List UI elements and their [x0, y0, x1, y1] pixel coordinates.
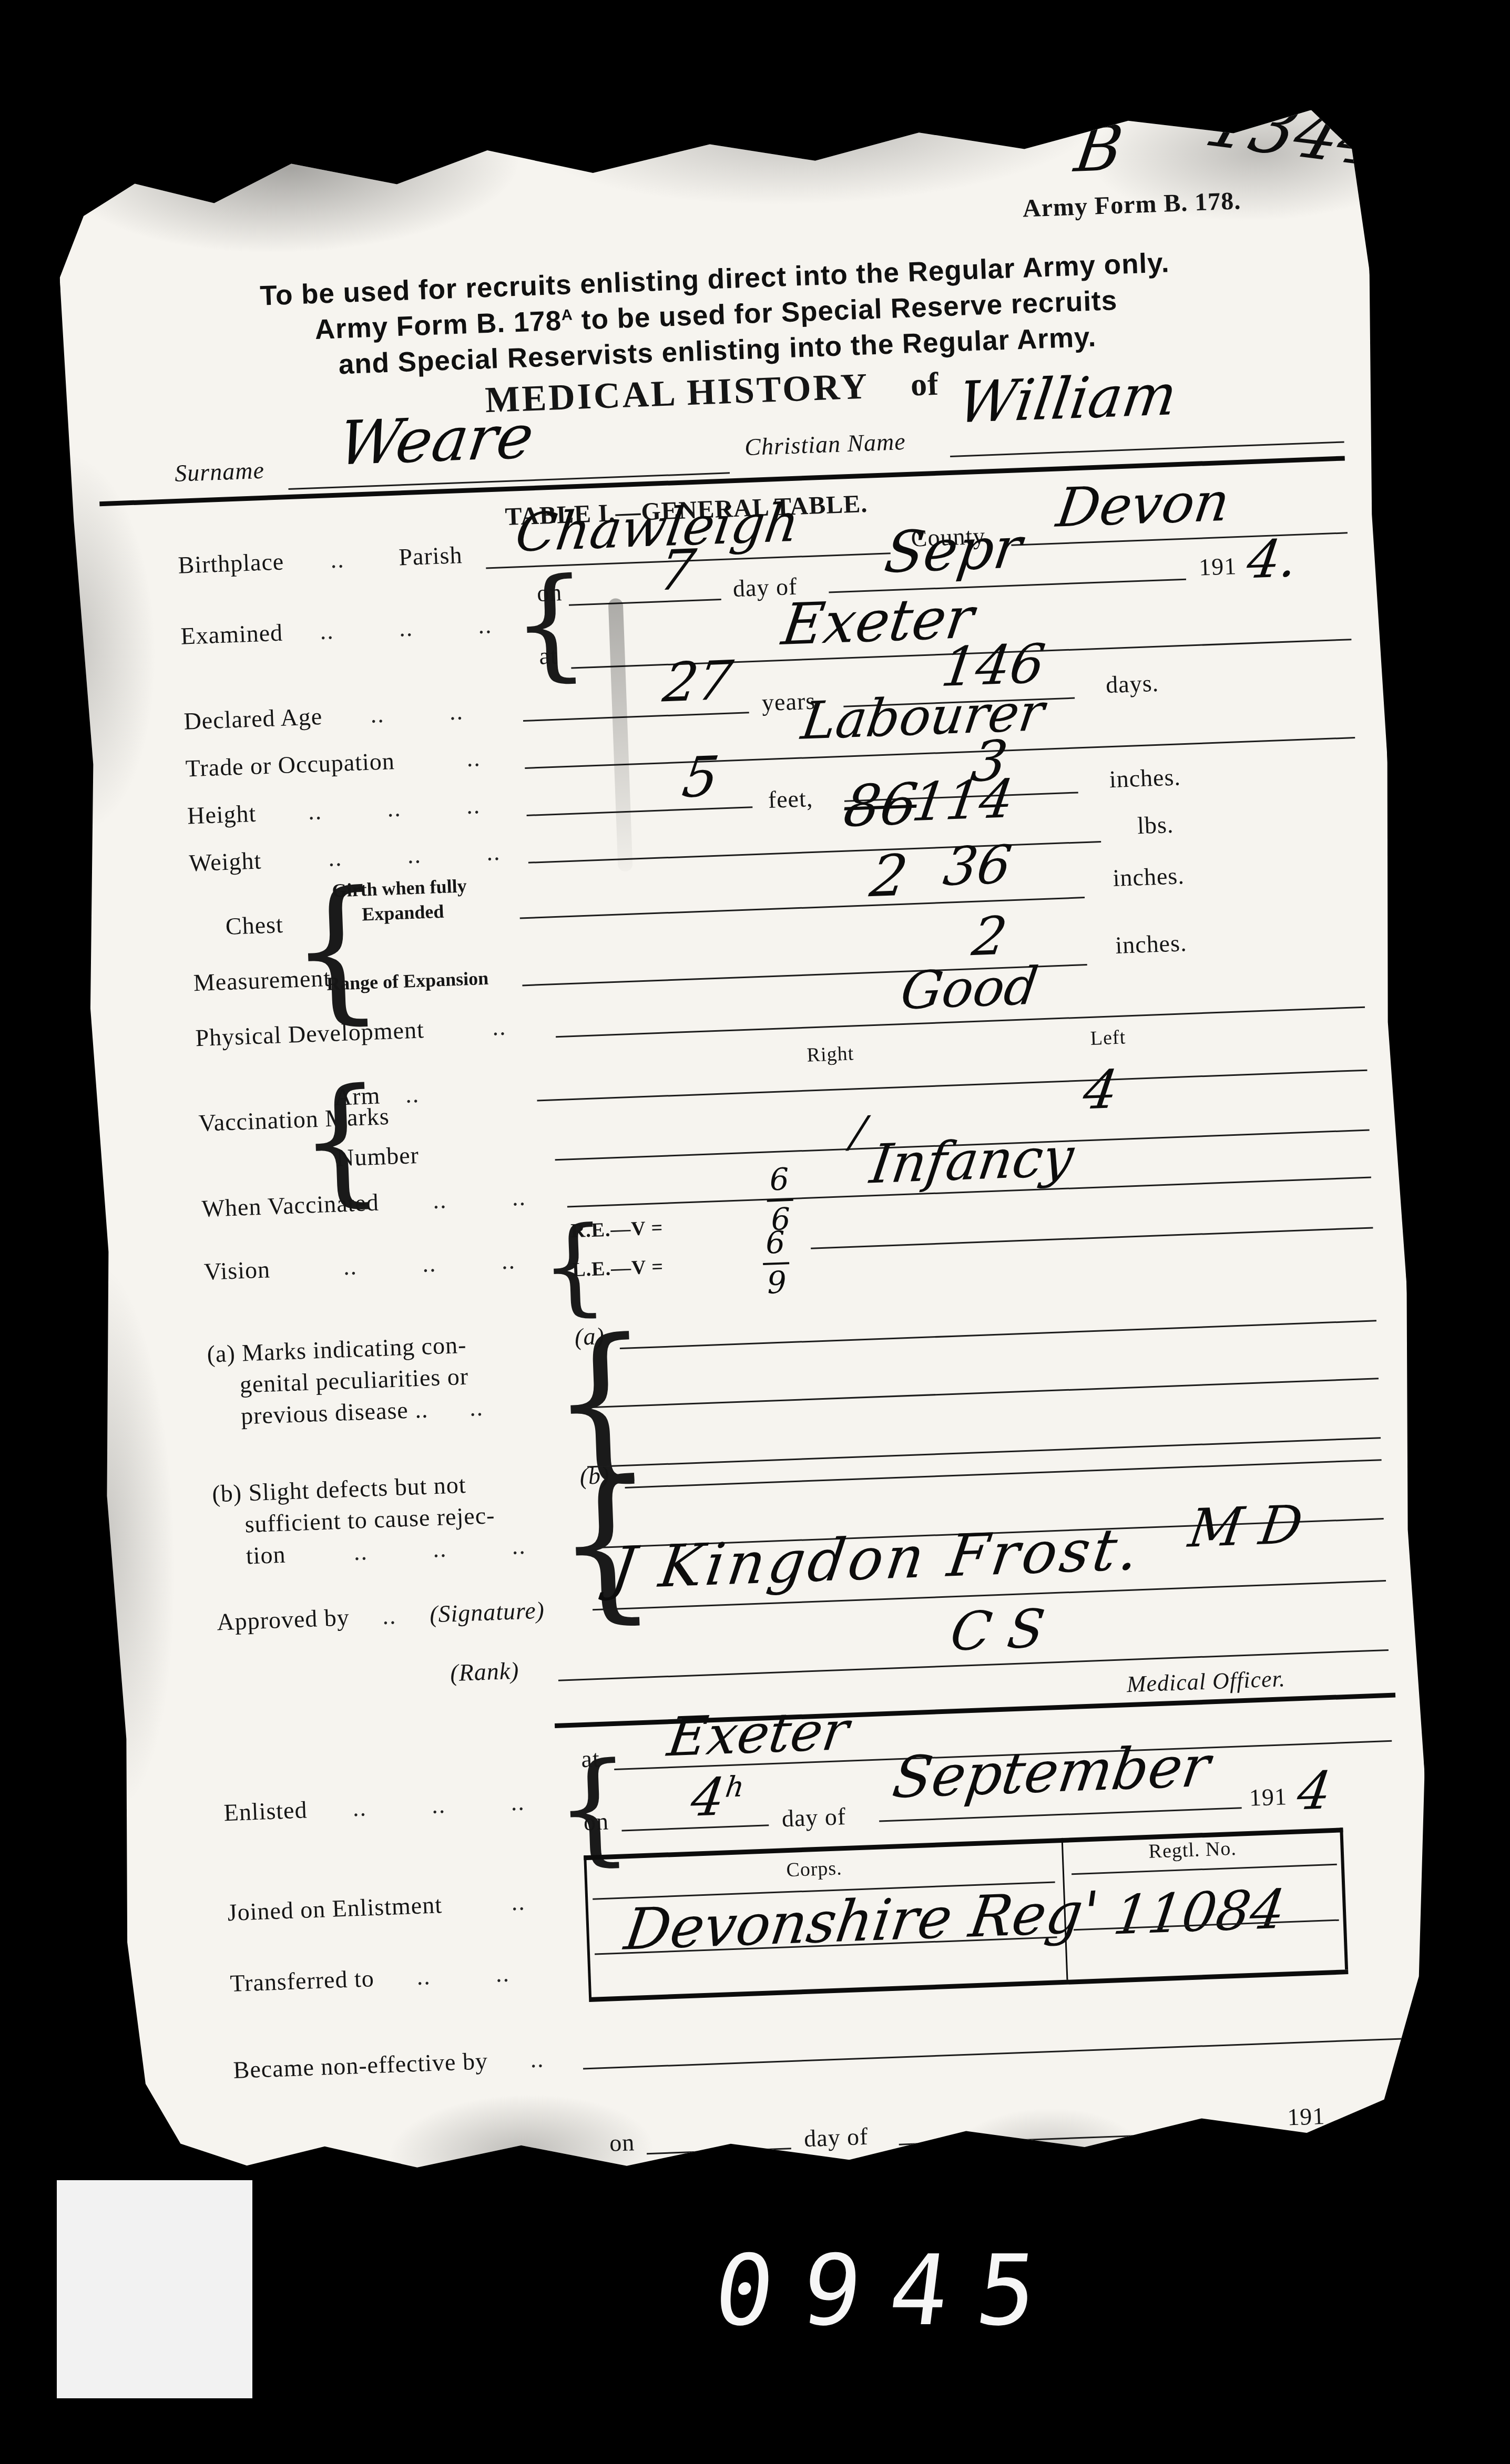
closing-day-of: day of: [803, 2122, 869, 2152]
closing-signature-label: (Signature): [461, 2176, 577, 2209]
medical-officer-label: Medical Officer.: [1126, 1665, 1286, 1698]
form-paper: B 1344 Army Form B. 178. To be used for …: [55, 108, 1438, 2186]
approved-by-dots: ..: [382, 1601, 397, 1630]
left-column-header: Left: [1090, 1025, 1126, 1050]
surname-value: Weare: [334, 402, 538, 479]
defects-b-dots: .. .. ..: [353, 1532, 527, 1566]
vision-label: Vision: [203, 1255, 271, 1286]
corps-header: Corps.: [786, 1856, 843, 1882]
range-unit: inches.: [1115, 929, 1187, 959]
closing-on-label: on: [609, 2128, 635, 2157]
enlisted-at-label: at: [580, 1744, 600, 1773]
number-label: Number: [336, 1141, 420, 1172]
marks-a-dots: ..: [469, 1393, 484, 1422]
height-label: Height: [187, 799, 257, 830]
enlisted-on-label: on: [583, 1807, 609, 1836]
enlisted-day-value: 4h: [687, 1767, 747, 1829]
enlisted-month-value: September: [889, 1733, 1213, 1811]
defects-b-prefix: (b): [579, 1461, 610, 1490]
transferred-dots: .. ..: [416, 1959, 510, 1990]
joined-dots: ..: [511, 1887, 526, 1916]
right-column-header: Right: [807, 1042, 854, 1066]
enlisted-year-printed: 191: [1249, 1782, 1288, 1812]
girth-label-2: Expanded: [362, 900, 445, 926]
days-label: days.: [1105, 669, 1159, 699]
non-effective-dots: ..: [529, 2045, 545, 2073]
vision-le-label: L.E.—V =: [572, 1255, 664, 1281]
enlisted-day-of: day of: [781, 1802, 846, 1832]
approved-signature-value: J Kingdon Frost.: [607, 1515, 1146, 1603]
vision-re-label: R.E.—V =: [570, 1216, 664, 1243]
height-inches-label: inches.: [1109, 763, 1181, 793]
transferred-label: Transferred to: [230, 1964, 375, 1997]
girth-flourish: 2: [866, 843, 912, 910]
approved-signature-md: M D: [1185, 1493, 1307, 1559]
frame-counter: 0945: [708, 2234, 1072, 2347]
marks-a-line3: previous disease ..: [240, 1395, 428, 1430]
when-vaccinated-value: Infancy: [866, 1126, 1077, 1196]
girth-value: 36: [940, 834, 1015, 898]
enlisted-day-suffix: h: [723, 1770, 746, 1804]
parish-label: Parish: [398, 541, 463, 571]
examined-year-written: 4.: [1243, 529, 1301, 591]
physical-dots: ..: [492, 1013, 507, 1041]
joined-label: Joined on Enlistment: [227, 1891, 443, 1926]
examined-on-label: on: [536, 578, 563, 607]
enlisted-year-written: 4: [1294, 1761, 1335, 1822]
written-corner-mark: B: [1070, 111, 1127, 187]
enlisted-day-num: 4: [687, 1767, 728, 1829]
height-feet-value: 5: [679, 744, 723, 810]
chest-label-1: Chest: [225, 910, 284, 940]
examined-at-label: at: [539, 642, 558, 670]
when-vaccinated-dots: .. ..: [432, 1183, 526, 1214]
closing-year: 191: [1287, 2102, 1325, 2131]
trade-value: Labourer: [798, 682, 1048, 752]
examined-label: Examined: [180, 619, 283, 650]
enlisted-at-value: Exeter: [664, 1699, 853, 1769]
enlisted-dots: .. .. ..: [352, 1788, 526, 1822]
surname-label: Surname: [174, 456, 264, 487]
examined-brace: {: [509, 552, 591, 695]
declared-age-dots: .. ..: [370, 697, 464, 728]
form-number: Army Form B. 178.: [1022, 186, 1241, 223]
marks-a-line1: (a) Marks indicating con-: [207, 1331, 467, 1368]
page-title: MEDICAL HISTORY: [484, 366, 870, 422]
trade-label: Trade or Occupation: [185, 747, 395, 783]
county-value: Devon: [1053, 470, 1233, 540]
physical-value: Good: [897, 956, 1042, 1021]
notice-line-2-pre: Army Form B. 178: [314, 305, 562, 345]
marks-a-prefix: (a): [574, 1322, 605, 1351]
christian-name-value: William: [954, 362, 1181, 436]
birthplace-dots: ..: [330, 545, 345, 573]
girth-label-1: Girth when fully: [332, 875, 467, 901]
scan-background: B 1344 Army Form B. 178. To be used for …: [0, 0, 1510, 2464]
number-right-tick: /: [848, 1107, 869, 1157]
approved-rank-value: C S: [947, 1598, 1048, 1663]
girth-unit: inches.: [1113, 861, 1185, 892]
page-title-of: of: [910, 366, 940, 404]
closing-period: .: [1360, 2102, 1368, 2130]
enlisted-label: Enlisted: [223, 1795, 308, 1826]
approved-rank-label: (Rank): [450, 1657, 519, 1687]
marks-a-line2: genital peculiarities or: [239, 1362, 469, 1399]
defects-b-line1: (b) Slight defects but not: [212, 1471, 467, 1508]
physical-label: Physical Development: [195, 1015, 425, 1052]
written-corner-number: 1344: [1197, 78, 1397, 183]
ink-blot-left: [10, 1444, 91, 1742]
pto-label: P.T.O.: [1266, 2256, 1340, 2289]
trade-dots: ..: [466, 744, 482, 772]
examined-month-value: Sepr: [881, 515, 1026, 586]
regtl-no-value: 11084: [1110, 1878, 1289, 1947]
scan-streak: [608, 598, 633, 872]
regtl-no-header: Regtl. No.: [1148, 1837, 1237, 1863]
examined-year-printed: 191: [1198, 552, 1237, 581]
defects-b-line3: tion: [246, 1541, 286, 1570]
number-left-value: 4: [1079, 1059, 1121, 1122]
vision-le-num: 6: [765, 1224, 785, 1260]
vision-dots: .. .. ..: [343, 1246, 516, 1280]
approved-by-label: Approved by: [216, 1603, 350, 1636]
vision-le-den: 9: [767, 1264, 787, 1300]
non-effective-label: Became non-effective by: [233, 2047, 488, 2084]
calibration-patch: [57, 2180, 252, 2398]
feet-label: feet,: [768, 784, 813, 814]
examined-dots: .. .. ..: [320, 611, 493, 645]
arm-label: Arm: [334, 1081, 381, 1111]
vision-re-num: 6: [769, 1161, 790, 1197]
christian-name-label: Christian Name: [744, 427, 906, 461]
weight-label: Weight: [189, 846, 262, 877]
arm-dots: ..: [405, 1080, 420, 1108]
approved-signature-label: (Signature): [429, 1596, 545, 1628]
weight-value: 114: [909, 768, 1017, 834]
birthplace-label: Birthplace: [178, 548, 284, 579]
vision-le-value: 6 9: [761, 1224, 790, 1301]
notice-line-2-sup: A: [561, 306, 573, 324]
height-dots: .. .. ..: [308, 791, 481, 825]
defects-b-line2: sufficient to cause rejec-: [244, 1501, 496, 1538]
declared-age-label: Declared Age: [183, 702, 323, 735]
declared-age-years-value: 27: [659, 649, 736, 714]
weight-unit: lbs.: [1137, 810, 1174, 839]
